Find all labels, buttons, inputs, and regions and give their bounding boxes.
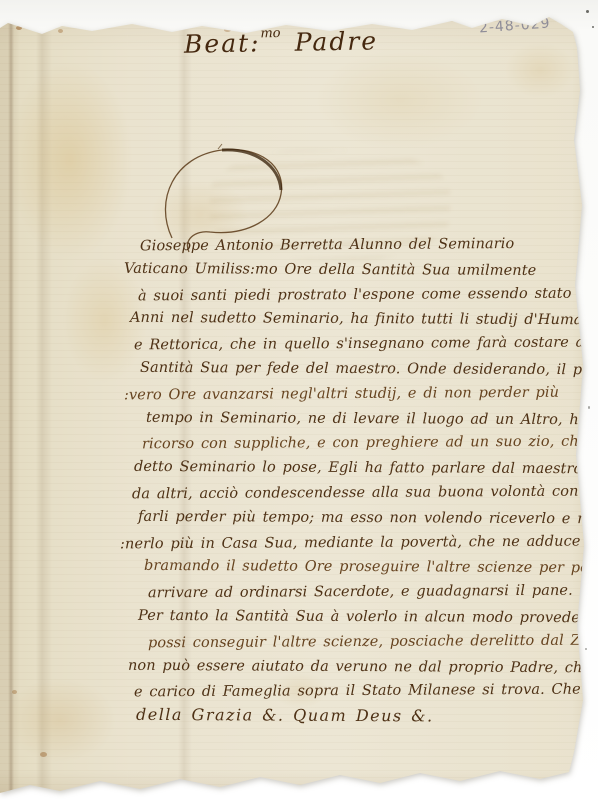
- manuscript-line: Gioseppe Antonio Berretta Alunno del Sem…: [140, 232, 576, 259]
- foxing-spot: [40, 752, 47, 757]
- manuscript-line: non può essere aiutato da veruno ne dal …: [128, 653, 576, 680]
- manuscript-line: Anni nel sudetto Seminario, ha finito tu…: [130, 306, 576, 333]
- manuscript-line: Per tanto la Santità Sua à volerlo in al…: [138, 604, 576, 631]
- manuscript-line: detto Seminario lo pose, Egli ha fatto p…: [134, 455, 576, 482]
- manuscript-line: farli perder più tempo; ma esso non vole…: [138, 505, 576, 532]
- salutation-superscript: mo: [260, 26, 280, 41]
- foxing-spot: [12, 690, 17, 694]
- foxing-spot: [16, 26, 22, 30]
- manuscript-line: :vero Ore avanzarsi negl'altri studij, e…: [124, 380, 576, 408]
- dust-speck: [585, 648, 587, 650]
- dust-speck: [592, 26, 594, 28]
- dust-speck: [586, 10, 589, 13]
- manuscript-line: :nerlo più in Casa Sua, mediante la pove…: [120, 529, 576, 557]
- salutation-prefix: Beat:: [184, 28, 261, 58]
- manuscript-line: possi conseguir l'altre scienze, posciac…: [148, 628, 576, 655]
- salutation-heading: Beat:moPadre: [184, 24, 379, 58]
- manuscript-line: Vaticano Umiliss:mo Ore della Santità Su…: [124, 257, 576, 284]
- manuscript-line: e carico di Fameglia sopra il Stato Mila…: [134, 678, 576, 705]
- dust-speck: [588, 406, 590, 409]
- manuscript-line: della Grazia &. Quam Deus &.: [136, 703, 576, 730]
- archival-number-pencil: 2-48-029: [479, 16, 551, 37]
- letter-paper: Beat:moPadre 2-48-029 Gioseppe Antonio B…: [0, 0, 598, 800]
- manuscript-line: ricorso con suppliche, e con preghiere a…: [142, 430, 576, 457]
- manuscript-line: à suoi santi piedi prostrato l'espone co…: [138, 281, 576, 308]
- manuscript-line: arrivare ad ordinarsi Sacerdote, e guada…: [148, 579, 576, 606]
- manuscript-line: bramando il sudetto Ore proseguire l'alt…: [144, 554, 576, 581]
- foxing-spot: [58, 29, 63, 33]
- salutation-suffix: Padre: [294, 26, 378, 56]
- letter-body-text: Gioseppe Antonio Berretta Alunno del Sem…: [116, 233, 576, 729]
- manuscript-line: Santità Sua per fede del maestro. Onde d…: [140, 356, 576, 383]
- manuscript-line: e Rettorica, che in quello s'insegnano c…: [134, 331, 576, 358]
- manuscript-line: da altri, acciò condescendesse alla sua …: [132, 480, 576, 508]
- manuscript-line: tempo in Seminario, ne di levare il luog…: [146, 405, 576, 432]
- letter-sheet-wrapper: Beat:moPadre 2-48-029 Gioseppe Antonio B…: [0, 0, 598, 800]
- foxing-spot: [330, 27, 335, 30]
